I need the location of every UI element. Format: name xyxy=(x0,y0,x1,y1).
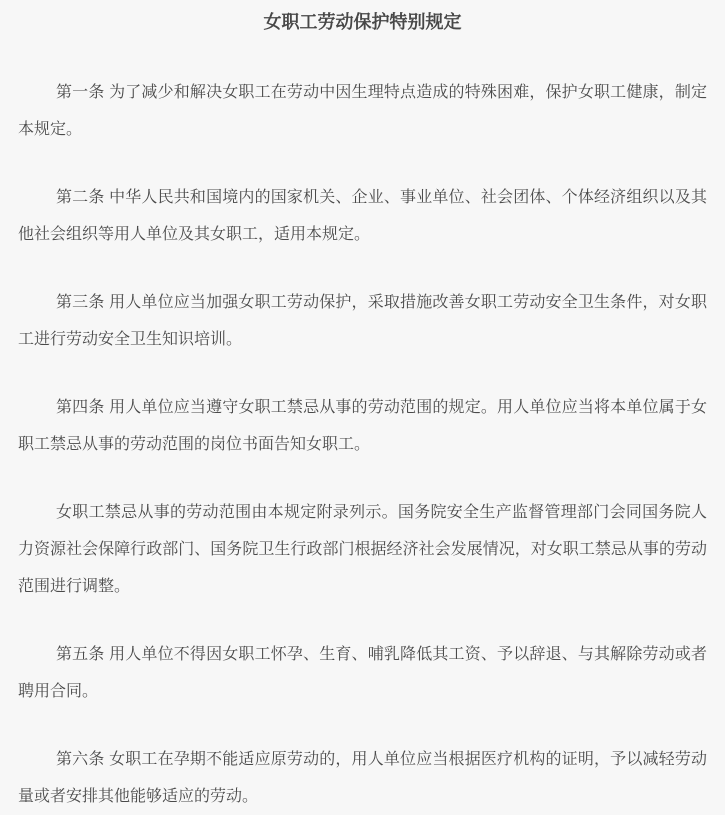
document-page: 女职工劳动保护特别规定 第一条 为了减少和解决女职工在劳动中因生理特点造成的特殊… xyxy=(0,0,725,815)
paragraph-article-4: 第四条 用人单位应当遵守女职工禁忌从事的劳动范围的规定。用人单位应当将本单位属于… xyxy=(18,389,707,463)
paragraph-article-3: 第三条 用人单位应当加强女职工劳动保护，采取措施改善女职工劳动安全卫生条件，对女… xyxy=(18,284,707,358)
paragraph-article-6: 第六条 女职工在孕期不能适应原劳动的，用人单位应当根据医疗机构的证明，予以减轻劳… xyxy=(18,741,707,815)
paragraph-article-2: 第二条 中华人民共和国境内的国家机关、企业、事业单位、社会团体、个体经济组织以及… xyxy=(18,179,707,253)
document-title: 女职工劳动保护特别规定 xyxy=(18,8,707,37)
paragraph-article-1: 第一条 为了减少和解决女职工在劳动中因生理特点造成的特殊困难，保护女职工健康，制… xyxy=(18,74,707,148)
paragraph-article-4-continued: 女职工禁忌从事的劳动范围由本规定附录列示。国务院安全生产监督管理部门会同国务院人… xyxy=(18,494,707,605)
paragraph-article-5: 第五条 用人单位不得因女职工怀孕、生育、哺乳降低其工资、予以辞退、与其解除劳动或… xyxy=(18,636,707,710)
document-body: 第一条 为了减少和解决女职工在劳动中因生理特点造成的特殊困难，保护女职工健康，制… xyxy=(18,74,707,815)
